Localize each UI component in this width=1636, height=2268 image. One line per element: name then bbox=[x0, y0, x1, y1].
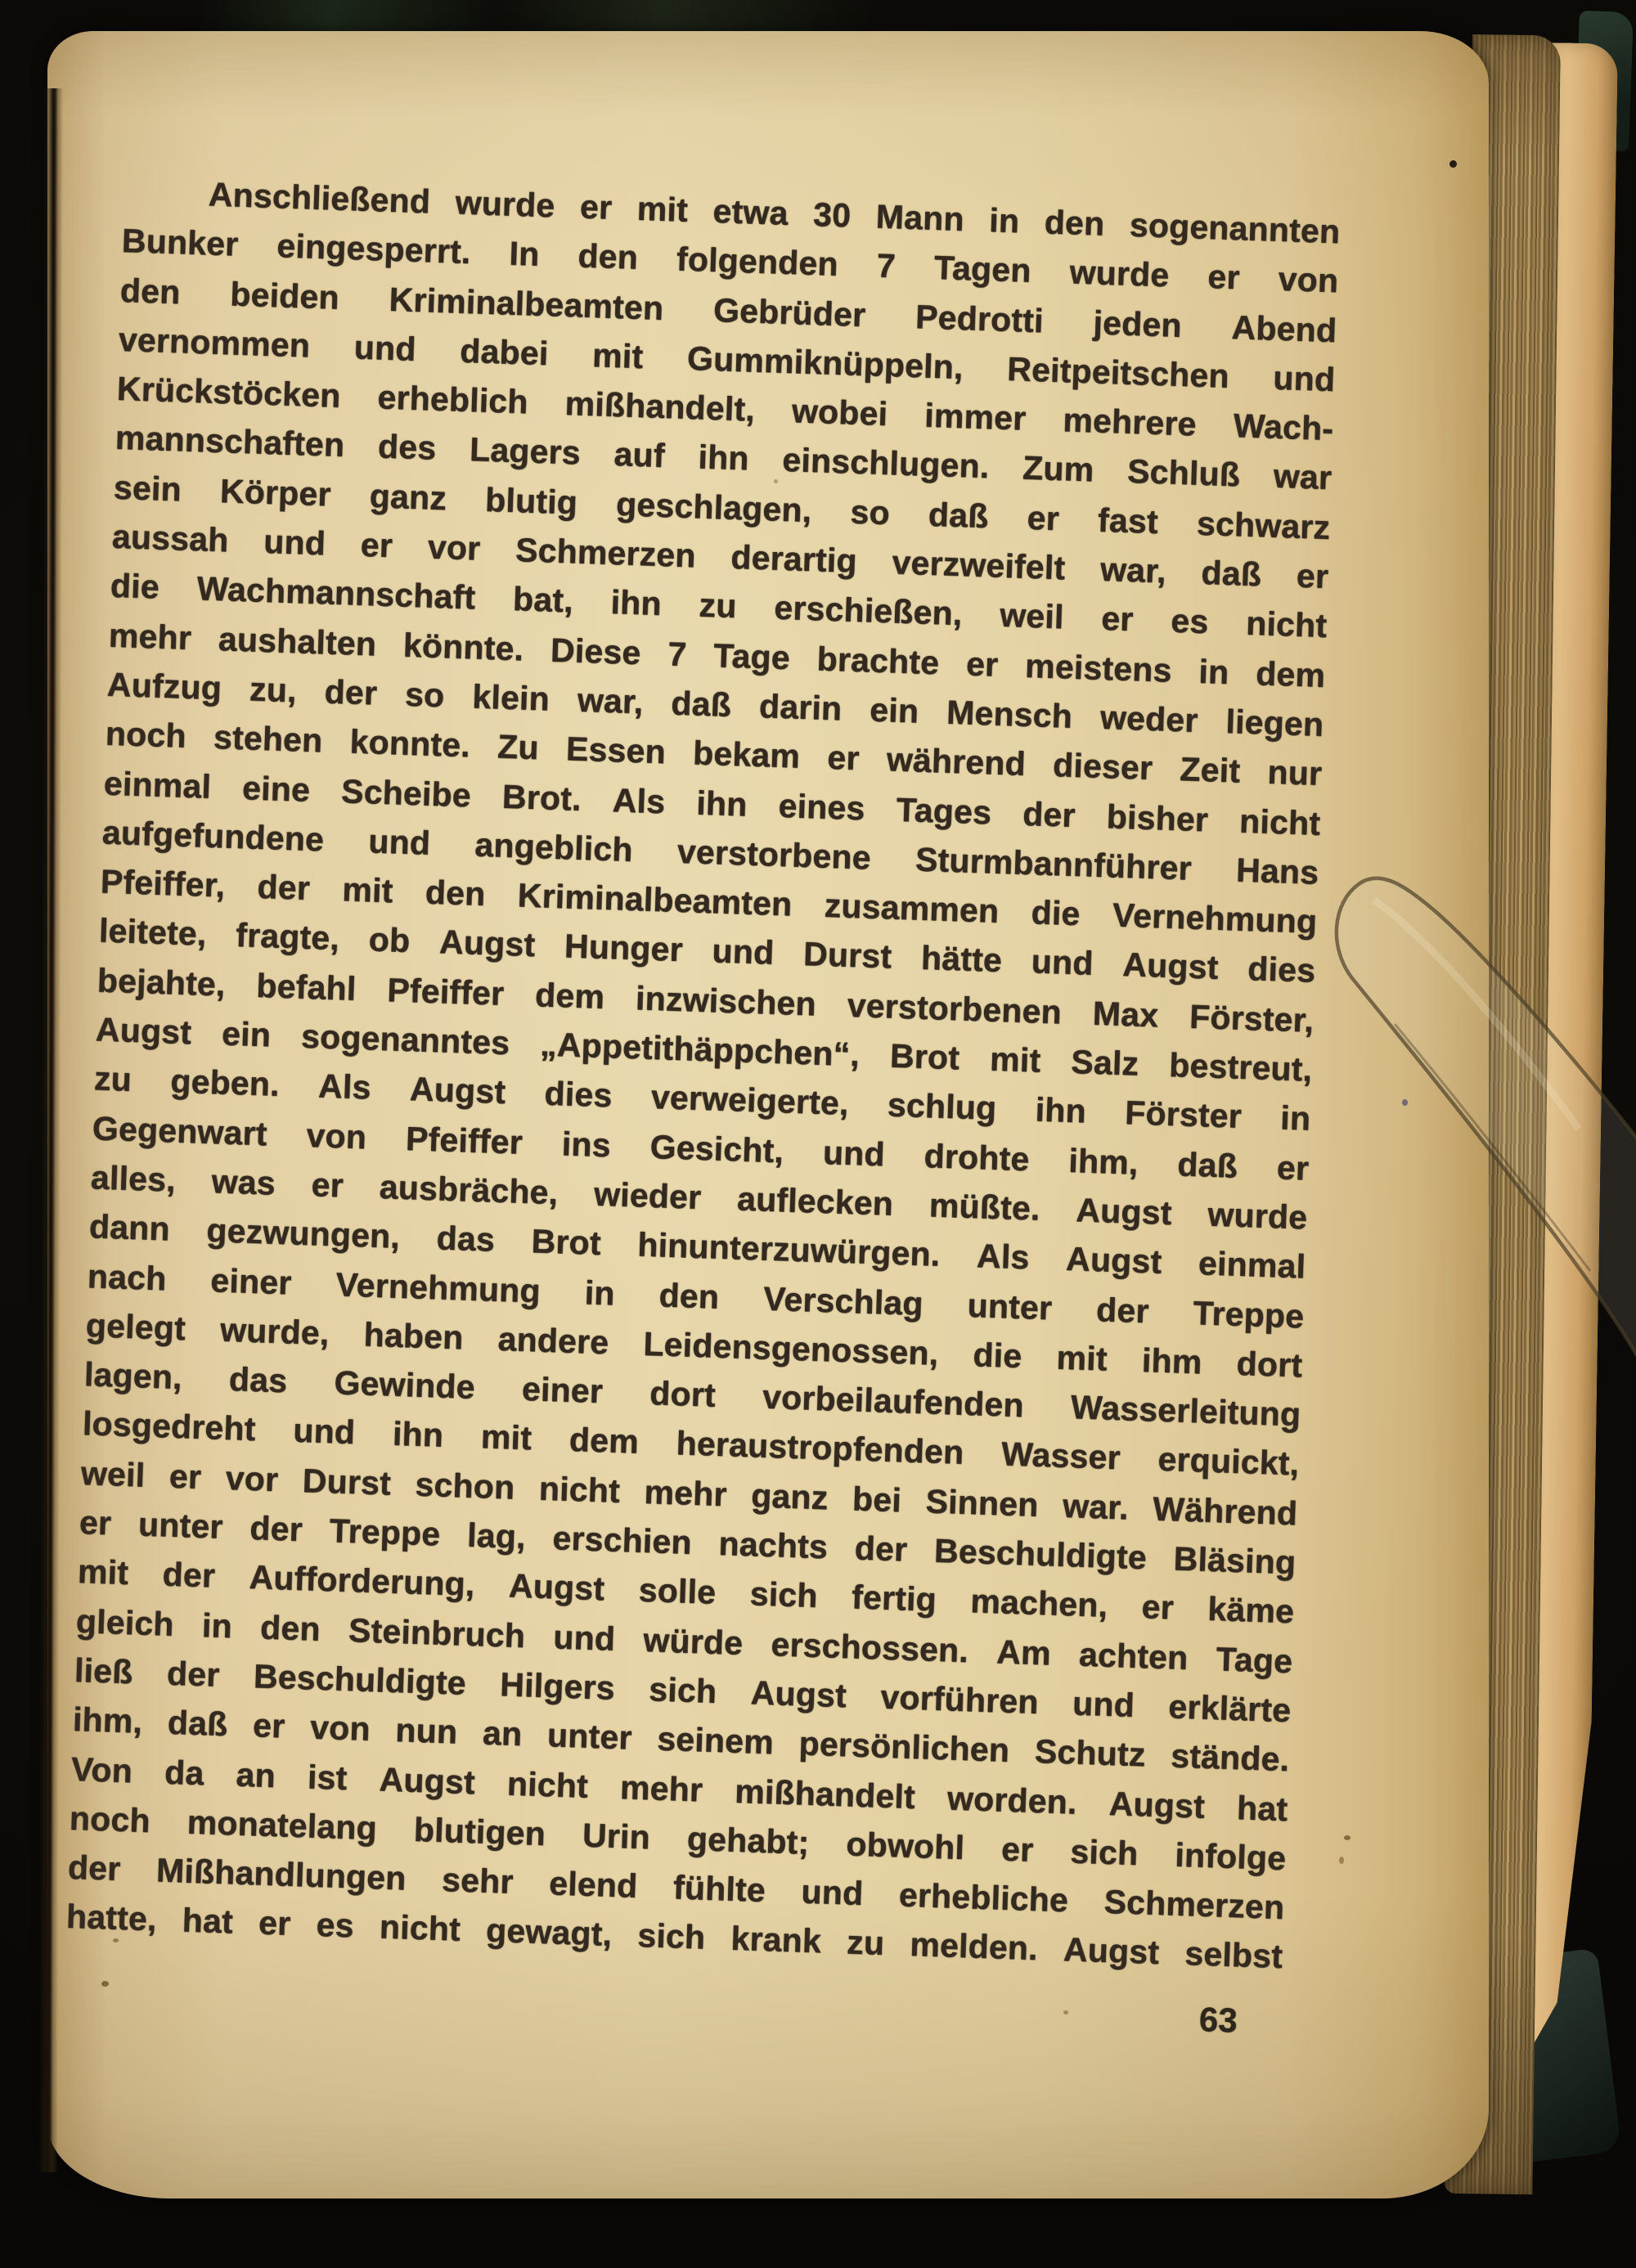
film-strip-body bbox=[1337, 878, 1636, 1359]
transparent-film-strip bbox=[0, 0, 1636, 2268]
book-photo: Anschließendwurdeermitetwa30Mannindensog… bbox=[0, 0, 1636, 2268]
